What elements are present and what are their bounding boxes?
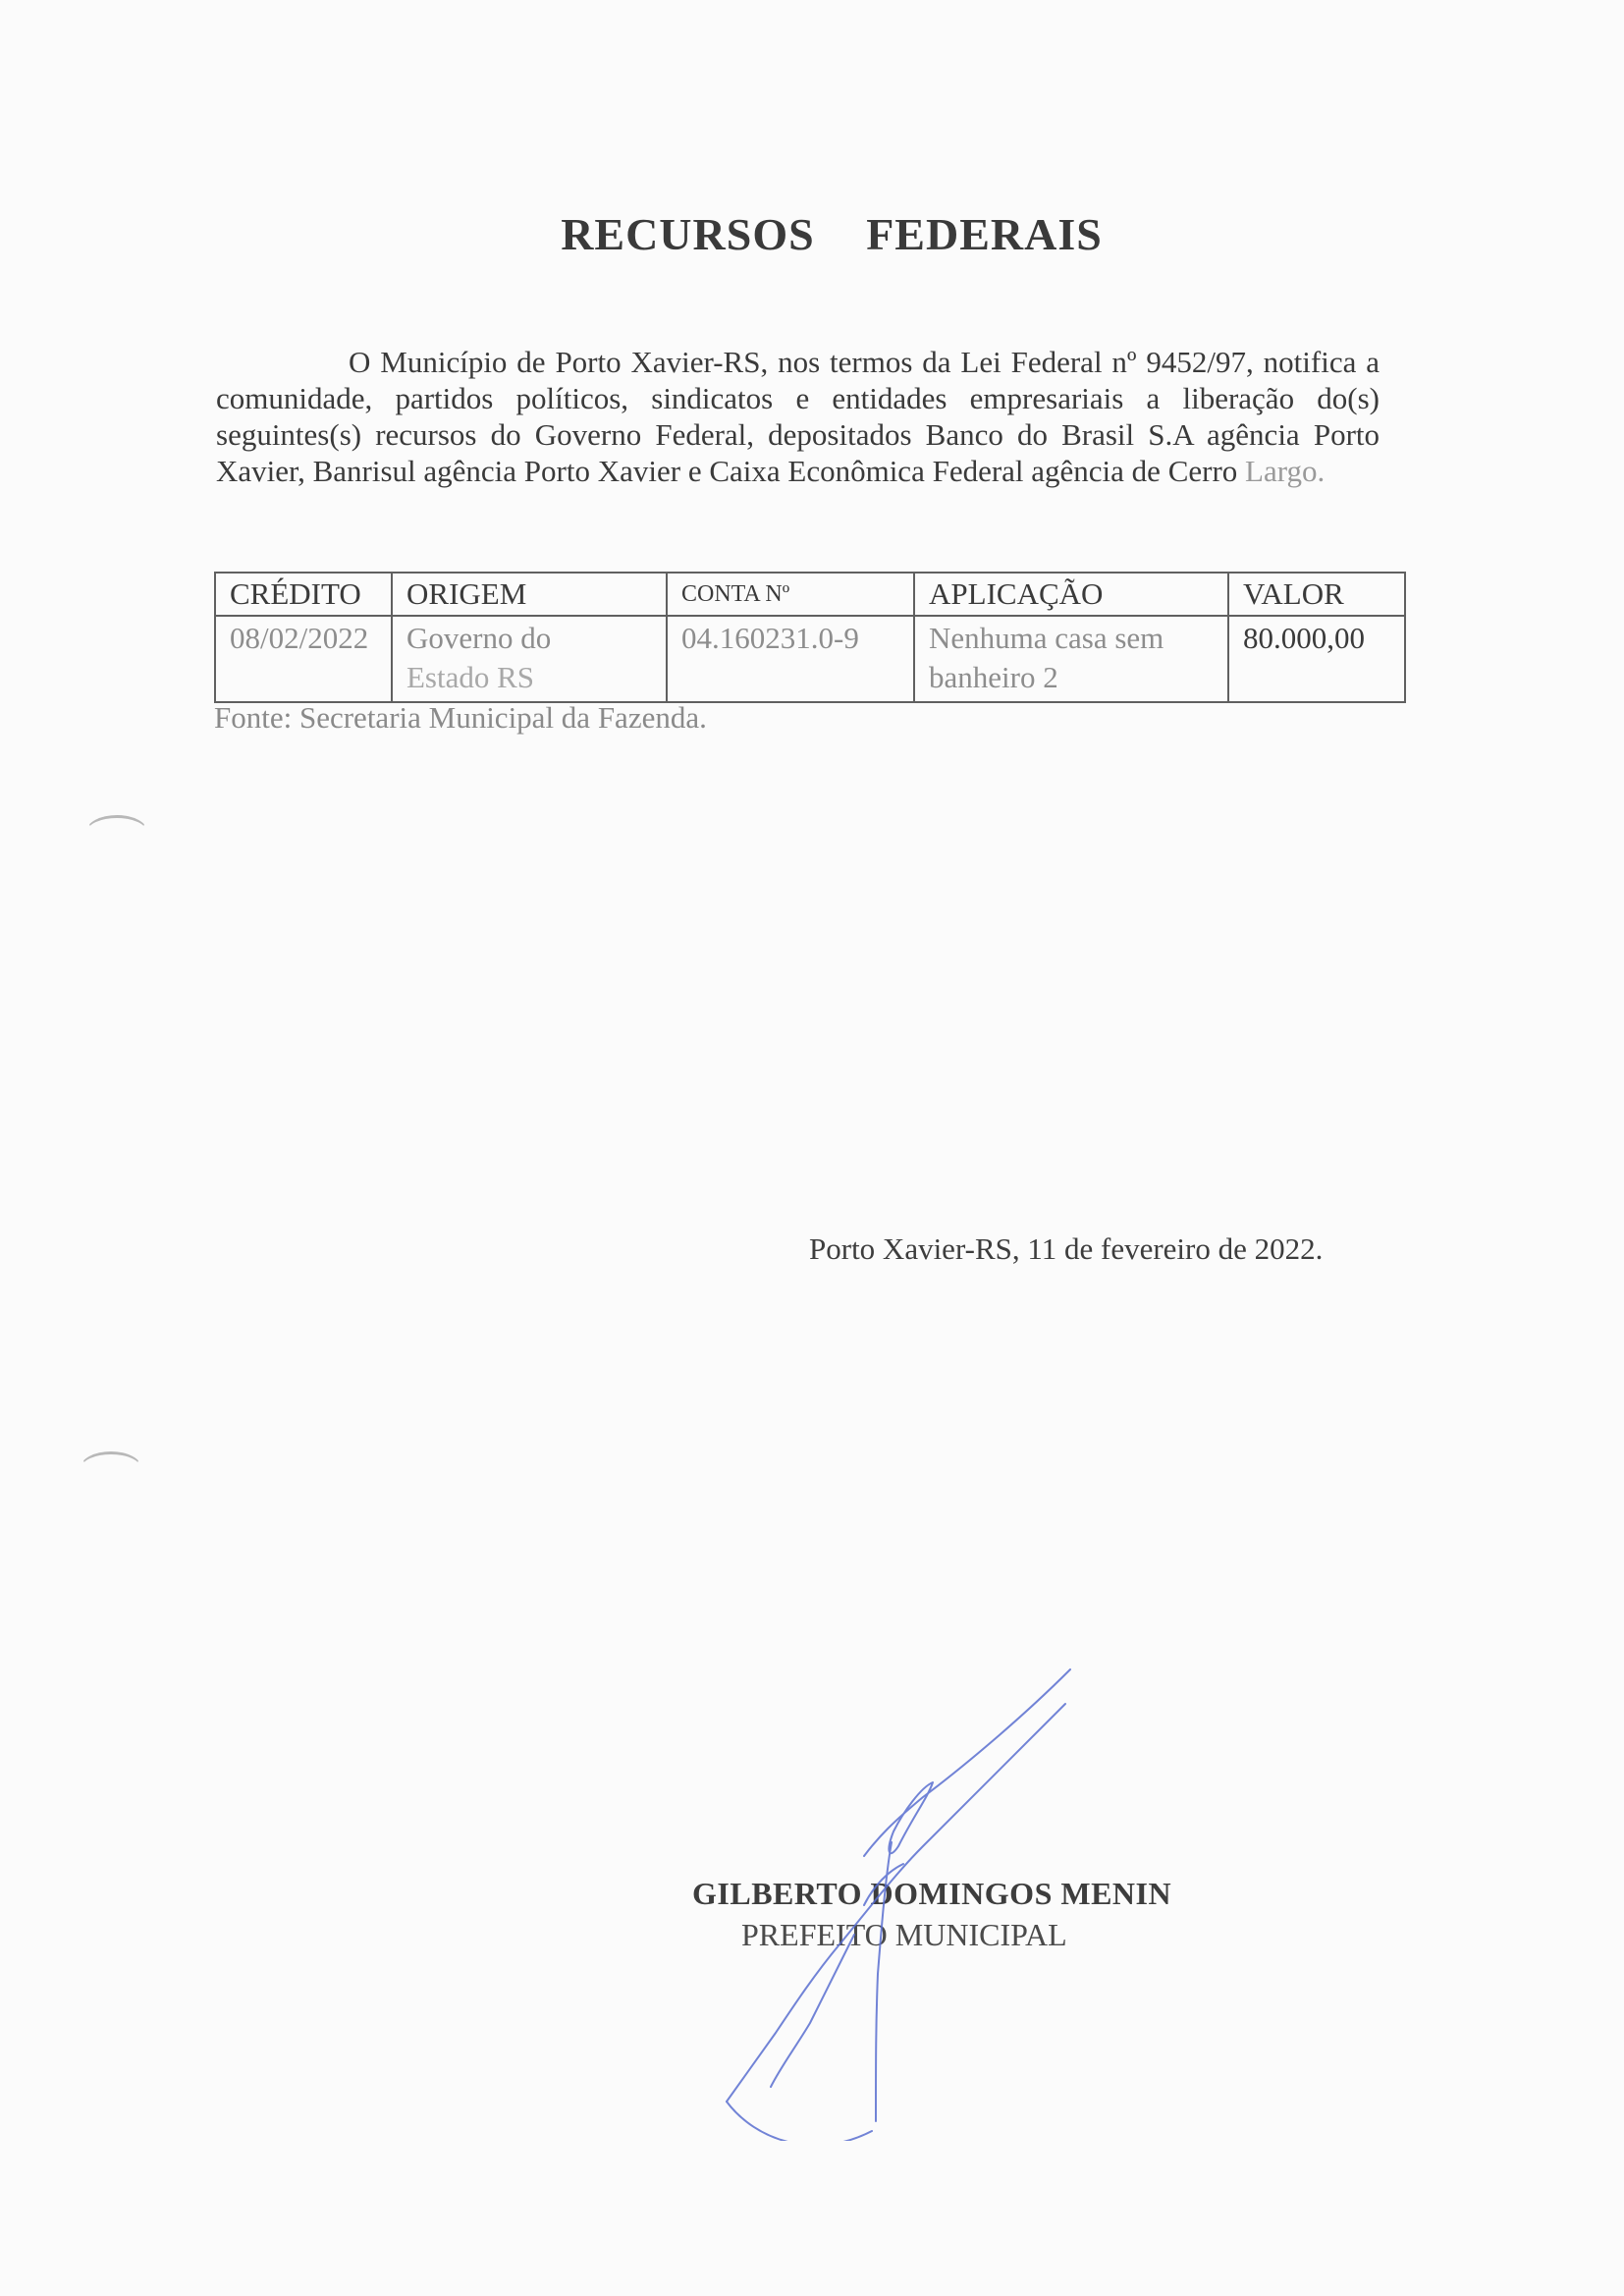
signer-role: PREFEITO MUNICIPAL [741,1917,1067,1953]
cell-conta: 04.160231.0-9 [667,616,914,702]
header-aplicacao: APLICAÇÃO [914,573,1228,616]
date-line: Porto Xavier-RS, 11 de fevereiro de 2022… [809,1231,1323,1267]
header-conta: CONTA Nº [667,573,914,616]
origem-line-1: Governo do [406,619,652,658]
intro-line-1: O Município de Porto Xavier-RS, nos term… [349,345,1254,379]
cell-aplicacao: Nenhuma casa sem banheiro 2 [914,616,1228,702]
punch-hole-mark-bottom [81,1451,141,1484]
origem-line-2: Estado RS [406,658,652,697]
header-credito: CRÉDITO [215,573,392,616]
page-title: RECURSOS FEDERAIS [0,208,1624,260]
signer-name: GILBERTO DOMINGOS MENIN [692,1876,1171,1912]
table-header-row: CRÉDITO ORIGEM CONTA Nº APLICAÇÃO VALOR [215,573,1405,616]
source-note: Fonte: Secretaria Municipal da Fazenda. [214,700,707,736]
cell-credito: 08/02/2022 [215,616,392,702]
table-row: 08/02/2022 Governo do Estado RS 04.16023… [215,616,1405,702]
punch-hole-mark-top [86,815,147,847]
header-origem: ORIGEM [392,573,667,616]
intro-paragraph: O Município de Porto Xavier-RS, nos term… [216,344,1380,489]
intro-line-5: Largo. [1245,454,1325,488]
header-valor: VALOR [1228,573,1405,616]
resources-table: CRÉDITO ORIGEM CONTA Nº APLICAÇÃO VALOR … [214,572,1406,703]
cell-origem: Governo do Estado RS [392,616,667,702]
aplicacao-line-2: banheiro 2 [929,658,1214,697]
aplicacao-line-1: Nenhuma casa sem [929,619,1214,658]
cell-valor: 80.000,00 [1228,616,1405,702]
